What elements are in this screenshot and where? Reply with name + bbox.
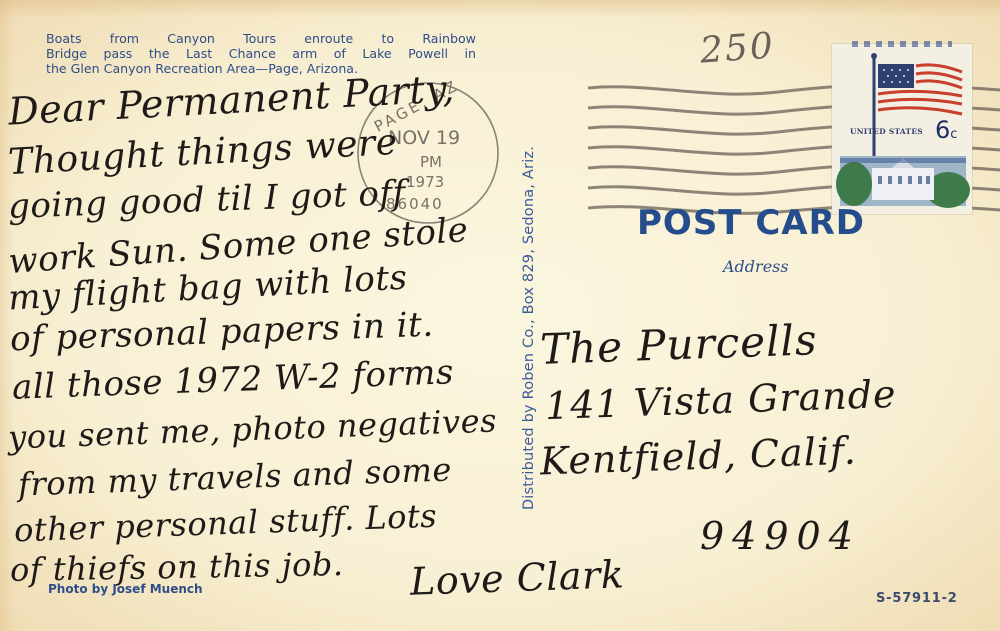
postmark-time: PM — [420, 153, 442, 171]
post-card-title: POST CARD — [637, 203, 865, 243]
caption-line: Boats from Canyon Tours enroute to Rainb… — [46, 31, 476, 46]
signature: Love Clark — [409, 552, 625, 603]
photo-credit: Photo by Josef Muench — [48, 582, 203, 596]
address-line: 141 Vista Grande — [544, 372, 897, 428]
message-line: from my travels and some — [17, 450, 452, 503]
address-label: Address — [723, 257, 789, 276]
message-line: you sent me, photo negatives — [7, 401, 497, 456]
postage-stamp: UNITED STATES 6c — [832, 44, 972, 214]
stamp-value-number: 6 — [935, 116, 950, 144]
address-line: Kentfield, Calif. — [539, 428, 857, 483]
stamp-value-unit: c — [950, 127, 957, 142]
caption-line: Bridge pass the Last Chance arm of Lake … — [46, 46, 476, 61]
distributor-line: Distributed by Roben Co., Box 829, Sedon… — [520, 68, 538, 588]
message-line: other personal stuff. Lots — [13, 497, 437, 550]
postmark-date: NOV 19 — [388, 127, 460, 149]
address-line: 94904 — [700, 514, 861, 558]
postmark-year: 1973 — [406, 173, 444, 191]
address-line: The Purcells — [539, 315, 818, 374]
distributor-text: Distributed by Roben Co., Box 829, Sedon… — [521, 146, 537, 510]
stamp-country: UNITED STATES — [850, 127, 923, 136]
message-line: all those 1972 W-2 forms — [11, 352, 454, 407]
catalog-number: S-57911-2 — [876, 591, 958, 606]
price-note: 250 — [699, 25, 776, 71]
postcard-back: Boats from Canyon Tours enroute to Rainb… — [0, 0, 1000, 631]
stamp-value: 6c — [935, 116, 957, 144]
